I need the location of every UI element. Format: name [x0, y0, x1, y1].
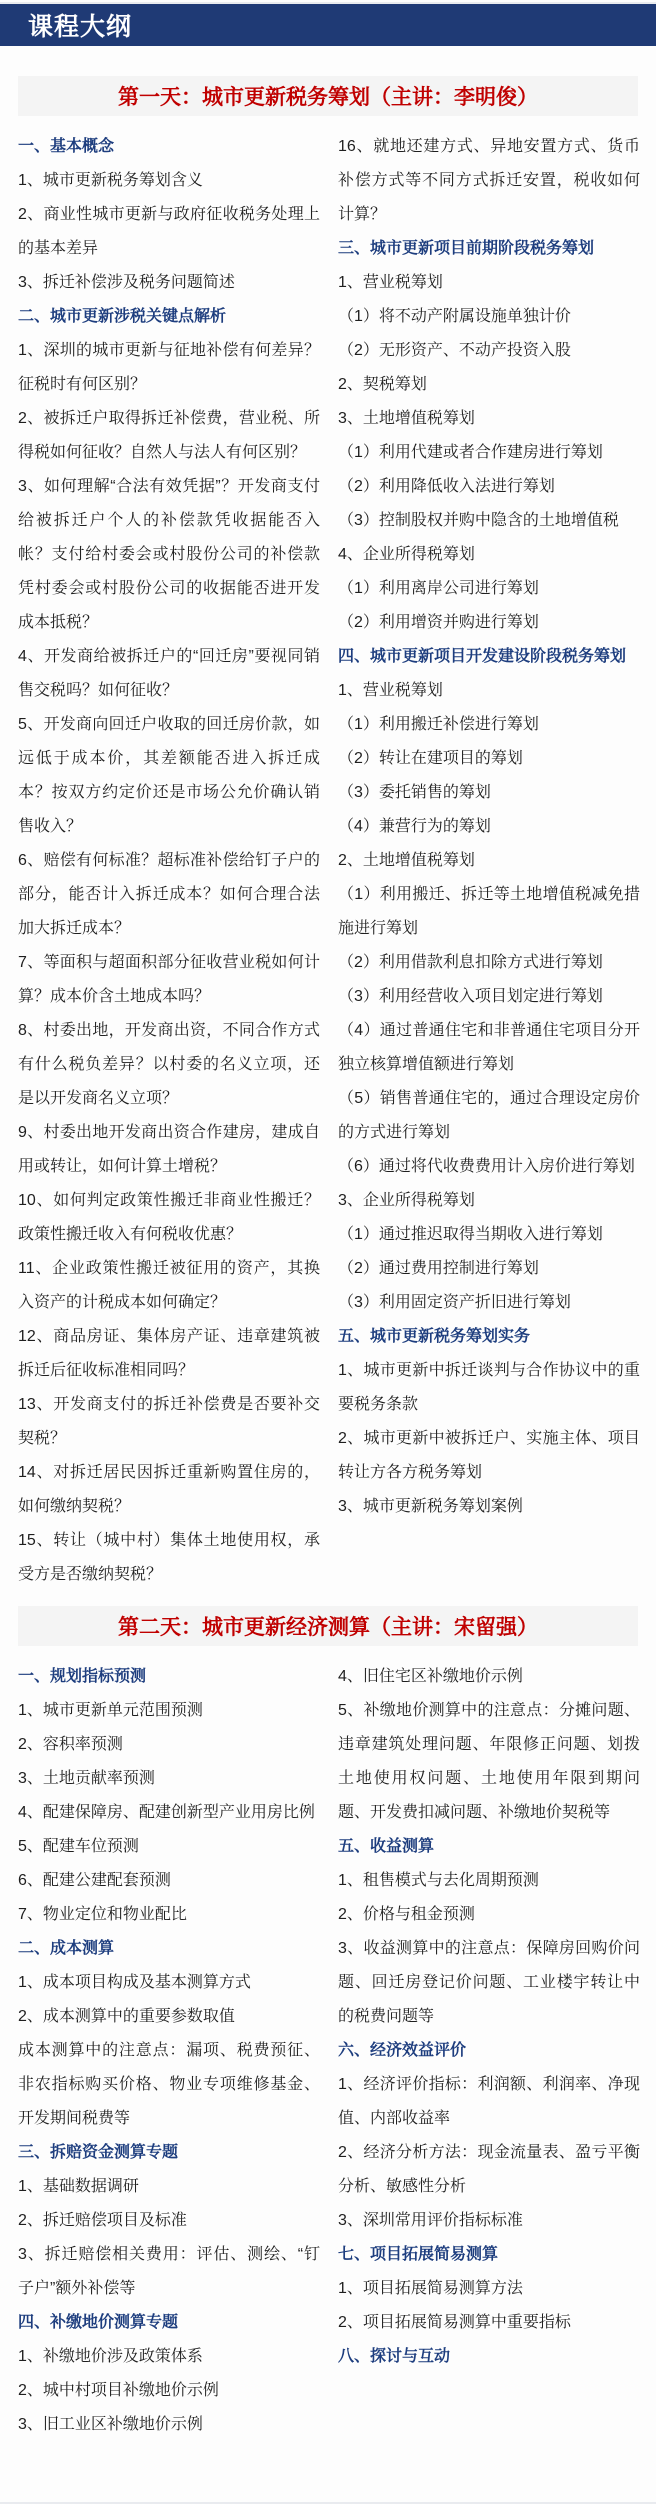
- outline-item: 3、城市更新税务筹划案例: [338, 1490, 640, 1524]
- outline-item: 1、城市更新中拆迁谈判与合作协议中的重要税务条款: [338, 1354, 640, 1422]
- outline-item: 10、如何判定政策性搬迁非商业性搬迁？政策性搬迁收入有何税收优惠？: [18, 1184, 320, 1252]
- outline-item: （1）将不动产附属设施单独计价: [338, 300, 640, 334]
- outline-item: 2、成本测算中的重要参数取值: [18, 2000, 320, 2034]
- outline-item: （3）利用固定资产折旧进行筹划: [338, 1286, 640, 1320]
- outline-item: 6、配建公建配套预测: [18, 1864, 320, 1898]
- outline-item: 13、开发商支付的拆迁补偿费是否要补交契税？: [18, 1388, 320, 1456]
- outline-column: 一、基本概念1、城市更新税务筹划含义2、商业性城市更新与政府征收税务处理上的基本…: [18, 130, 320, 1592]
- outline-item: 12、商品房证、集体房产证、违章建筑被拆迁后征收标准相同吗？: [18, 1320, 320, 1388]
- outline-item: （4）兼营行为的筹划: [338, 810, 640, 844]
- outline-item: （4）通过普通住宅和非普通住宅项目分开独立核算增值额进行筹划: [338, 1014, 640, 1082]
- outline-item: 3、深圳常用评价指标标准: [338, 2204, 640, 2238]
- outline-item: 3、拆迁补偿涉及税务问题简述: [18, 266, 320, 300]
- day-title: 第二天：城市更新经济测算（主讲：宋留强）: [118, 1611, 538, 1641]
- outline-item: 2、契税筹划: [338, 368, 640, 402]
- outline-item: 成本测算中的注意点：漏项、税费预征、非农指标购买价格、物业专项维修基金、开发期间…: [18, 2034, 320, 2136]
- outline-item: （3）委托销售的筹划: [338, 776, 640, 810]
- outline-item: （2）利用增资并购进行筹划: [338, 606, 640, 640]
- outline-section-heading: 一、基本概念: [18, 130, 320, 164]
- outline-item: 1、成本项目构成及基本测算方式: [18, 1966, 320, 2000]
- outline-item: 3、收益测算中的注意点：保障房回购价问题、回迁房登记价问题、工业楼宇转让中的税费…: [338, 1932, 640, 2034]
- outline-column: 4、旧住宅区补缴地价示例5、补缴地价测算中的注意点：分摊问题、违章建筑处理问题、…: [338, 1660, 640, 2442]
- outline-item: （1）利用代建或者合作建房进行筹划: [338, 436, 640, 470]
- outline-section-heading: 六、经济效益评价: [338, 2034, 640, 2068]
- day-title: 第一天：城市更新税务筹划（主讲：李明俊）: [118, 81, 538, 111]
- outline-item: （2）无形资产、不动产投资入股: [338, 334, 640, 368]
- outline-column: 16、就地还建方式、异地安置方式、货币补偿方式等不同方式拆迁安置，税收如何计算？…: [338, 130, 640, 1592]
- outline-item: 1、经济评价指标：利润额、利润率、净现值、内部收益率: [338, 2068, 640, 2136]
- outline-item: 2、拆迁赔偿项目及标准: [18, 2204, 320, 2238]
- page-title: 课程大纲: [28, 7, 132, 43]
- outline-item: （2）利用降低收入法进行筹划: [338, 470, 640, 504]
- outline-item: 3、土地增值税筹划: [338, 402, 640, 436]
- page-header: 课程大纲: [0, 4, 656, 46]
- outline-item: 8、村委出地，开发商出资，不同合作方式有什么税负差异？以村委的名义立项，还是以开…: [18, 1014, 320, 1116]
- outline-item: （1）利用搬迁补偿进行筹划: [338, 708, 640, 742]
- outline-item: （1）利用离岸公司进行筹划: [338, 572, 640, 606]
- outline-item: 3、土地贡献率预测: [18, 1762, 320, 1796]
- outline-item: 1、基础数据调研: [18, 2170, 320, 2204]
- outline-item: （5）销售普通住宅的，通过合理设定房价的方式进行筹划: [338, 1082, 640, 1150]
- day-block: 第二天：城市更新经济测算（主讲：宋留强） 一、规划指标预测1、城市更新单元范围预…: [0, 1606, 656, 2442]
- outline-item: 16、就地还建方式、异地安置方式、货币补偿方式等不同方式拆迁安置，税收如何计算？: [338, 130, 640, 232]
- outline-item: 7、等面积与超面积部分征收营业税如何计算？成本价含土地成本吗？: [18, 946, 320, 1014]
- outline-section-heading: 三、拆赔资金测算专题: [18, 2136, 320, 2170]
- day-block: 第一天：城市更新税务筹划（主讲：李明俊） 一、基本概念1、城市更新税务筹划含义2…: [0, 76, 656, 1592]
- outline-item: （1）通过推迟取得当期收入进行筹划: [338, 1218, 640, 1252]
- outline-item: （2）转让在建项目的筹划: [338, 742, 640, 776]
- day-columns: 一、规划指标预测1、城市更新单元范围预测2、容积率预测3、土地贡献率预测4、配建…: [0, 1656, 656, 2442]
- outline-item: 1、租售模式与去化周期预测: [338, 1864, 640, 1898]
- outline-item: 4、配建保障房、配建创新型产业用房比例: [18, 1796, 320, 1830]
- outline-item: 1、城市更新税务筹划含义: [18, 164, 320, 198]
- outline-item: 5、补缴地价测算中的注意点：分摊问题、违章建筑处理问题、年限修正问题、划拨土地使…: [338, 1694, 640, 1830]
- outline-item: 14、对拆迁居民因拆迁重新购置住房的，如何缴纳契税？: [18, 1456, 320, 1524]
- outline-item: 15、转让（城中村）集体土地使用权，承受方是否缴纳契税？: [18, 1524, 320, 1592]
- outline-section-heading: 七、项目拓展简易测算: [338, 2238, 640, 2272]
- outline-item: （2）利用借款利息扣除方式进行筹划: [338, 946, 640, 980]
- outline-item: 3、企业所得税筹划: [338, 1184, 640, 1218]
- outline-item: 4、企业所得税筹划: [338, 538, 640, 572]
- outline-section-heading: 五、收益测算: [338, 1830, 640, 1864]
- outline-section-heading: 四、补缴地价测算专题: [18, 2306, 320, 2340]
- content: 第一天：城市更新税务筹划（主讲：李明俊） 一、基本概念1、城市更新税务筹划含义2…: [0, 46, 656, 2478]
- outline-item: 3、如何理解“合法有效凭据”？开发商支付给被拆迁户个人的补偿款凭收据能否入帐？支…: [18, 470, 320, 640]
- outline-item: 7、物业定位和物业配比: [18, 1898, 320, 1932]
- outline-section-heading: 三、城市更新项目前期阶段税务筹划: [338, 232, 640, 266]
- outline-section-heading: 二、成本测算: [18, 1932, 320, 1966]
- outline-item: 1、营业税筹划: [338, 266, 640, 300]
- outline-section-heading: 四、城市更新项目开发建设阶段税务筹划: [338, 640, 640, 674]
- outline-item: 11、企业政策性搬迁被征用的资产，其换入资产的计税成本如何确定？: [18, 1252, 320, 1320]
- outline-item: 3、旧工业区补缴地价示例: [18, 2408, 320, 2442]
- outline-item: 1、营业税筹划: [338, 674, 640, 708]
- outline-item: 2、土地增值税筹划: [338, 844, 640, 878]
- day-columns: 一、基本概念1、城市更新税务筹划含义2、商业性城市更新与政府征收税务处理上的基本…: [0, 126, 656, 1592]
- outline-item: （3）控制股权并购中隐含的土地增值税: [338, 504, 640, 538]
- outline-section-heading: 八、探讨与互动: [338, 2340, 640, 2374]
- outline-item: 2、城中村项目补缴地价示例: [18, 2374, 320, 2408]
- outline-item: 9、村委出地开发商出资合作建房，建成自用或转让，如何计算土增税？: [18, 1116, 320, 1184]
- outline-item: （6）通过将代收费费用计入房价进行筹划: [338, 1150, 640, 1184]
- outline-item: 1、补缴地价涉及政策体系: [18, 2340, 320, 2374]
- outline-item: 2、商业性城市更新与政府征收税务处理上的基本差异: [18, 198, 320, 266]
- outline-item: （2）通过费用控制进行筹划: [338, 1252, 640, 1286]
- outline-item: 4、旧住宅区补缴地价示例: [338, 1660, 640, 1694]
- outline-item: 2、价格与租金预测: [338, 1898, 640, 1932]
- outline-section-heading: 五、城市更新税务筹划实务: [338, 1320, 640, 1354]
- outline-item: 2、被拆迁户取得拆迁补偿费，营业税、所得税如何征收？自然人与法人有何区别？: [18, 402, 320, 470]
- outline-item: 2、容积率预测: [18, 1728, 320, 1762]
- outline-item: 1、项目拓展简易测算方法: [338, 2272, 640, 2306]
- outline-item: （3）利用经营收入项目划定进行筹划: [338, 980, 640, 1014]
- day-title-band: 第一天：城市更新税务筹划（主讲：李明俊）: [18, 76, 638, 116]
- outline-section-heading: 一、规划指标预测: [18, 1660, 320, 1694]
- outline-section-heading: 二、城市更新涉税关键点解析: [18, 300, 320, 334]
- outline-item: 4、开发商给被拆迁户的“回迁房”要视同销售交税吗？如何征收？: [18, 640, 320, 708]
- outline-item: 2、项目拓展简易测算中重要指标: [338, 2306, 640, 2340]
- outline-item: 3、拆迁赔偿相关费用：评估、测绘、“钉子户”额外补偿等: [18, 2238, 320, 2306]
- outline-item: 5、配建车位预测: [18, 1830, 320, 1864]
- outline-column: 一、规划指标预测1、城市更新单元范围预测2、容积率预测3、土地贡献率预测4、配建…: [18, 1660, 320, 2442]
- outline-item: 2、城市更新中被拆迁户、实施主体、项目转让方各方税务筹划: [338, 1422, 640, 1490]
- outline-item: 1、深圳的城市更新与征地补偿有何差异？征税时有何区别？: [18, 334, 320, 402]
- outline-item: （1）利用搬迁、拆迁等土地增值税减免措施进行筹划: [338, 878, 640, 946]
- outline-item: 1、城市更新单元范围预测: [18, 1694, 320, 1728]
- day-title-band: 第二天：城市更新经济测算（主讲：宋留强）: [18, 1606, 638, 1646]
- outline-item: 5、开发商向回迁户收取的回迁房价款，如远低于成本价，其差额能否进入拆迁成本？按双…: [18, 708, 320, 844]
- outline-item: 2、经济分析方法：现金流量表、盈亏平衡分析、敏感性分析: [338, 2136, 640, 2204]
- outline-item: 6、赔偿有何标准？超标准补偿给钉子户的部分，能否计入拆迁成本？如何合理合法加大拆…: [18, 844, 320, 946]
